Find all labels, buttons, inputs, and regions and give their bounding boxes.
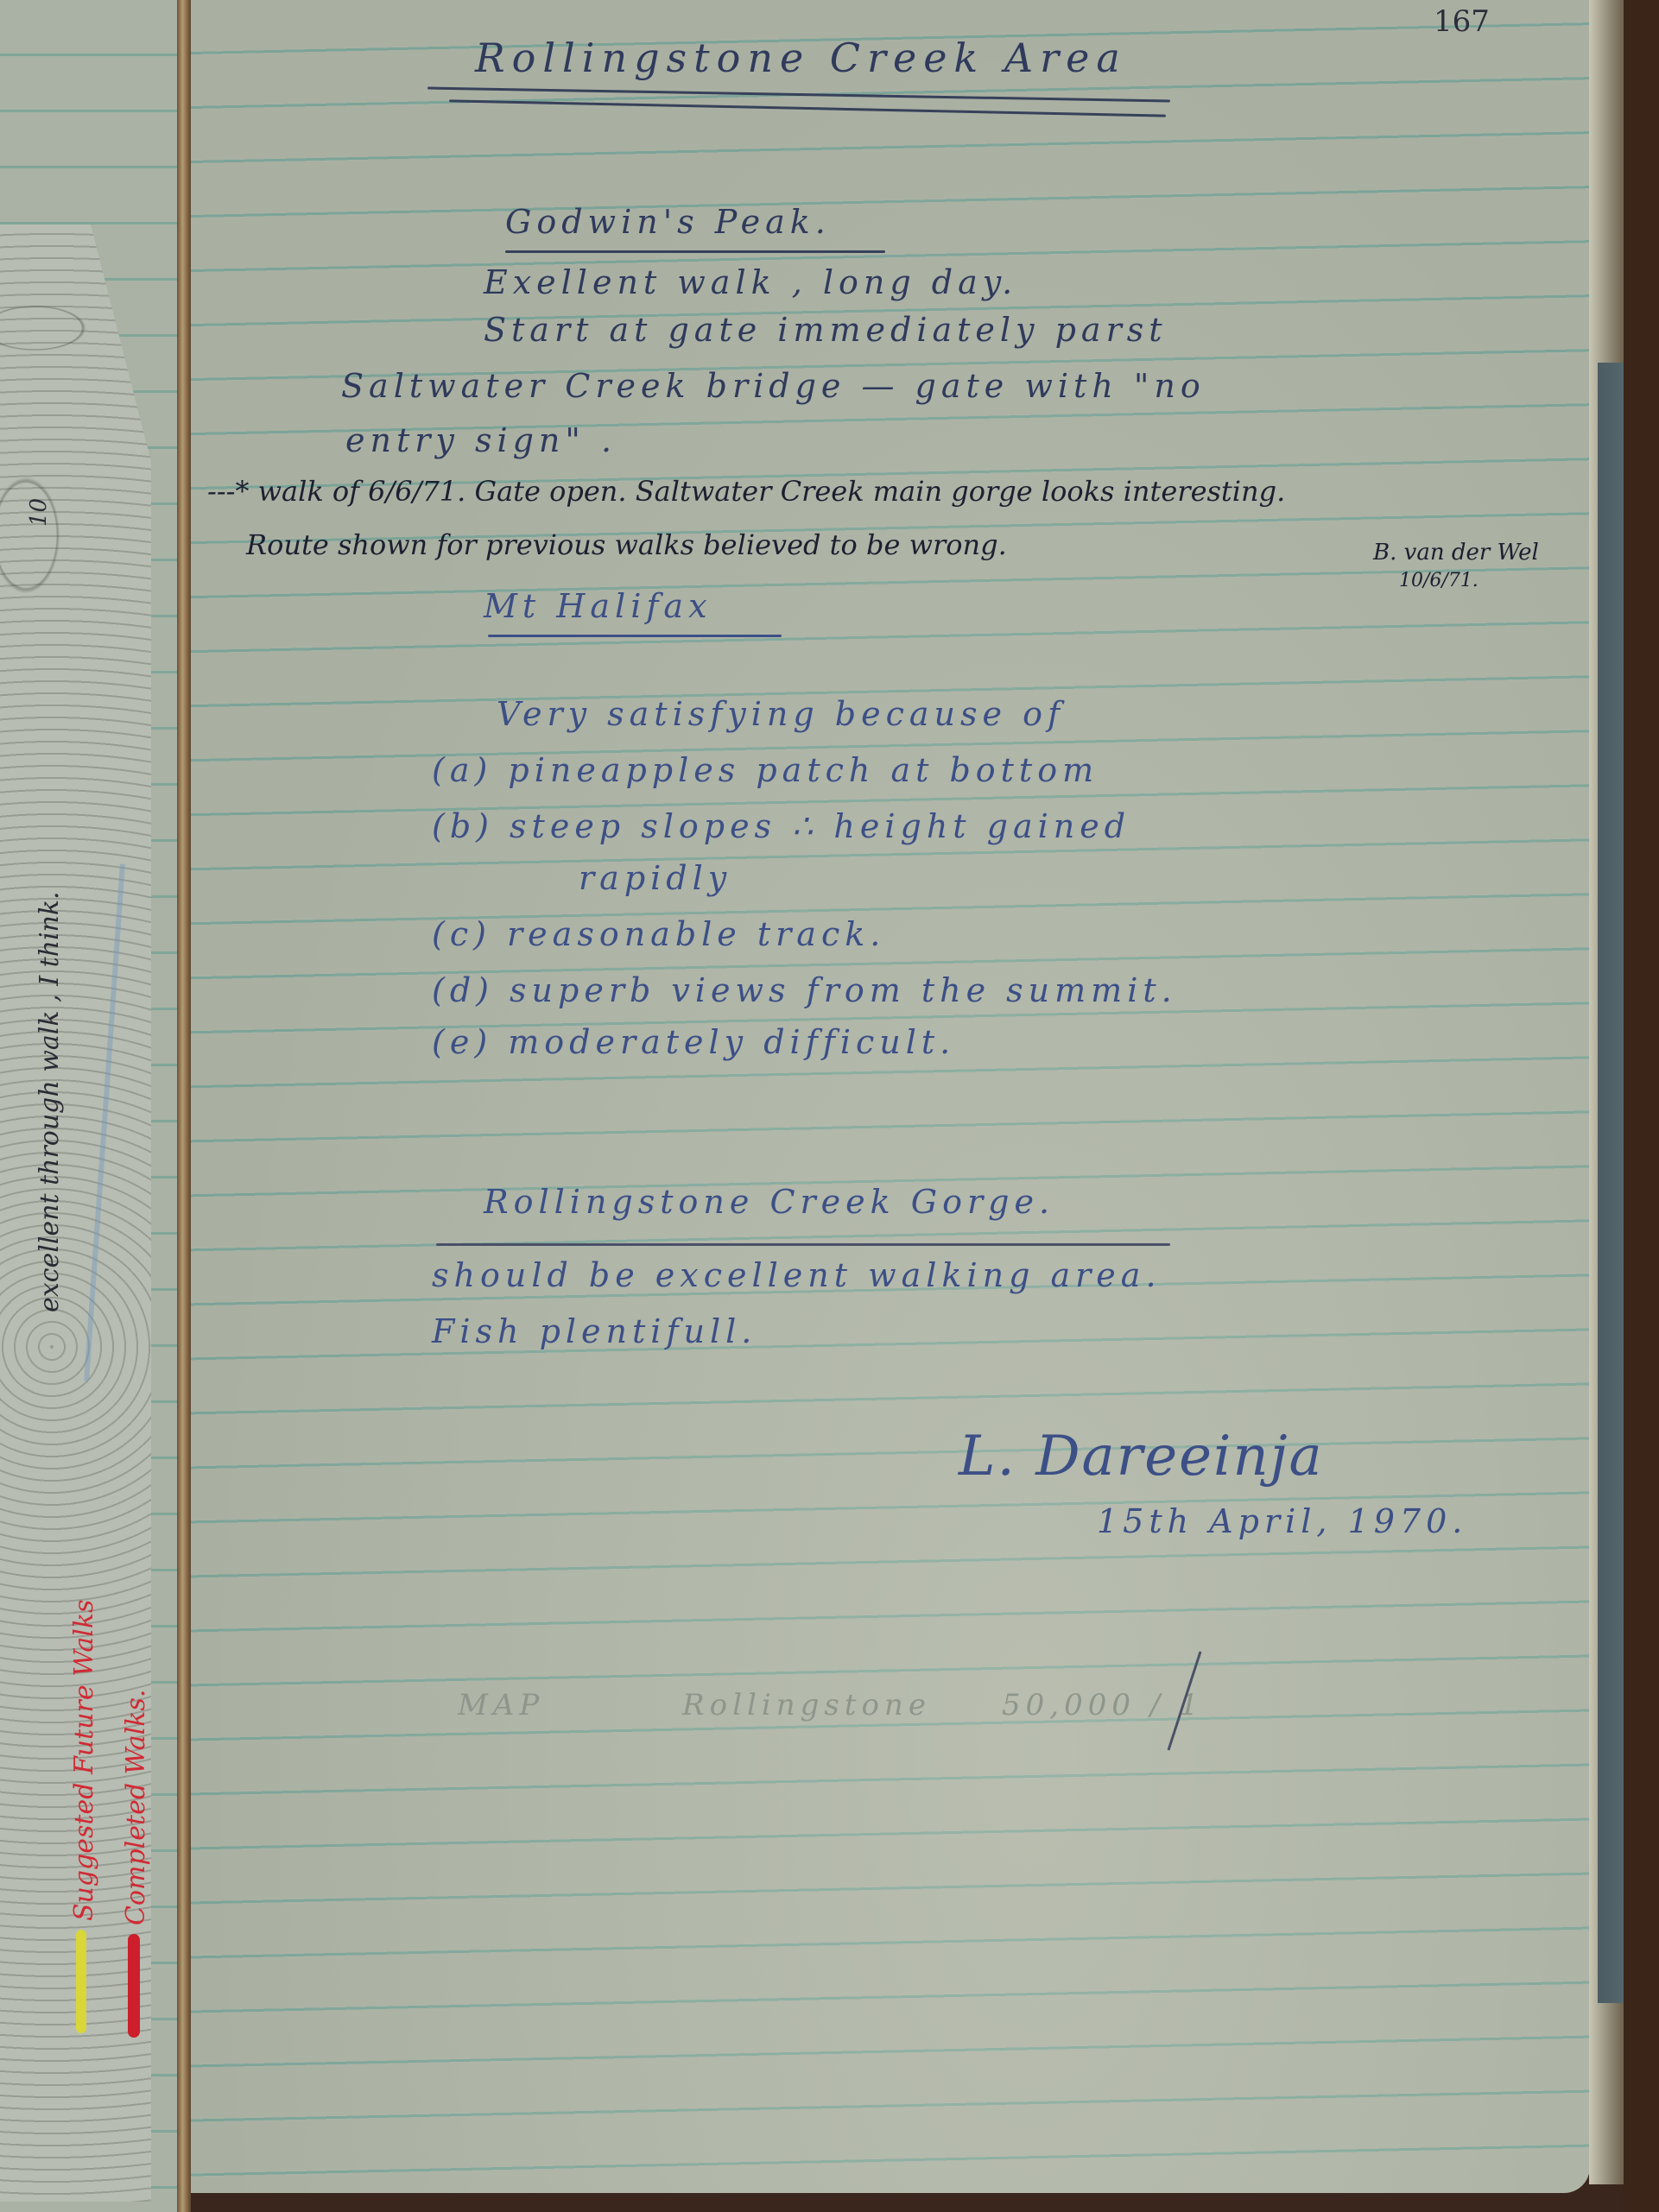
gorge-underline — [436, 1243, 1170, 1246]
godwins-line-2: Start at gate immediately parst — [484, 311, 1168, 349]
addendum-date: 10/6/71. — [1399, 570, 1479, 591]
godwins-peak-underline — [505, 250, 885, 253]
book-binding-thread — [177, 0, 191, 2212]
mt-halifax-heading: Mt Halifax — [484, 587, 712, 625]
left-page: 10 excellent through walk , I think. Sug… — [0, 0, 186, 2212]
mt-halifax-intro: Very satisfying because of — [497, 695, 1065, 733]
addendum-signature: B. van der Wel — [1373, 540, 1539, 566]
map-grid-label: 10 — [26, 498, 52, 527]
map-ref-scale: 50,000 / 1 — [1002, 1688, 1204, 1722]
signoff-signature: L. Dareeinja — [959, 1425, 1324, 1488]
godwins-line-1: Exellent walk , long day. — [484, 263, 1017, 301]
legend-suggested-label: Suggested Future Walks — [69, 1600, 99, 1921]
gorge-line-1: should be excellent walking area. — [432, 1256, 1162, 1294]
addendum-line-2: Route shown for previous walks believed … — [246, 528, 1007, 561]
page-number: 167 — [1434, 4, 1490, 39]
map-ref-label: MAP — [458, 1688, 544, 1722]
mt-halifax-item-a: (a) pineapples patch at bottom — [432, 751, 1099, 789]
godwins-peak-heading: Godwin's Peak. — [505, 203, 831, 241]
mt-halifax-item-c: (c) reasonable track. — [432, 915, 885, 953]
map-ref-name: Rollingstone — [682, 1688, 931, 1722]
mt-halifax-item-e: (e) moderately difficult. — [432, 1023, 955, 1061]
gorge-heading: Rollingstone Creek Gorge. — [484, 1183, 1054, 1221]
legend-completed-label: Completed Walks. — [121, 1690, 151, 1925]
addendum-line-1: ---* walk of 6/6/71. Gate open. Saltwate… — [207, 475, 1285, 508]
book-cover — [1624, 0, 1659, 2212]
page-title: Rollingstone Creek Area — [475, 35, 1127, 81]
mt-halifax-item-b: (b) steep slopes ∴ height gained — [432, 807, 1130, 845]
gorge-line-2: Fish plentifull. — [432, 1312, 757, 1350]
legend-red-swatch — [128, 1934, 140, 2038]
mt-halifax-underline — [488, 635, 782, 637]
signoff-date: 15th April, 1970. — [1097, 1502, 1467, 1540]
mt-halifax-item-b-cont: rapidly — [579, 859, 731, 897]
legend-yellow-swatch — [76, 1930, 86, 2033]
mt-halifax-item-d: (d) superb views from the summit. — [432, 971, 1177, 1009]
map-annotation: excellent through walk , I think. — [35, 891, 65, 1312]
godwins-line-4: entry sign" . — [345, 421, 617, 459]
godwins-line-3: Saltwater Creek bridge — gate with "no — [341, 367, 1206, 405]
